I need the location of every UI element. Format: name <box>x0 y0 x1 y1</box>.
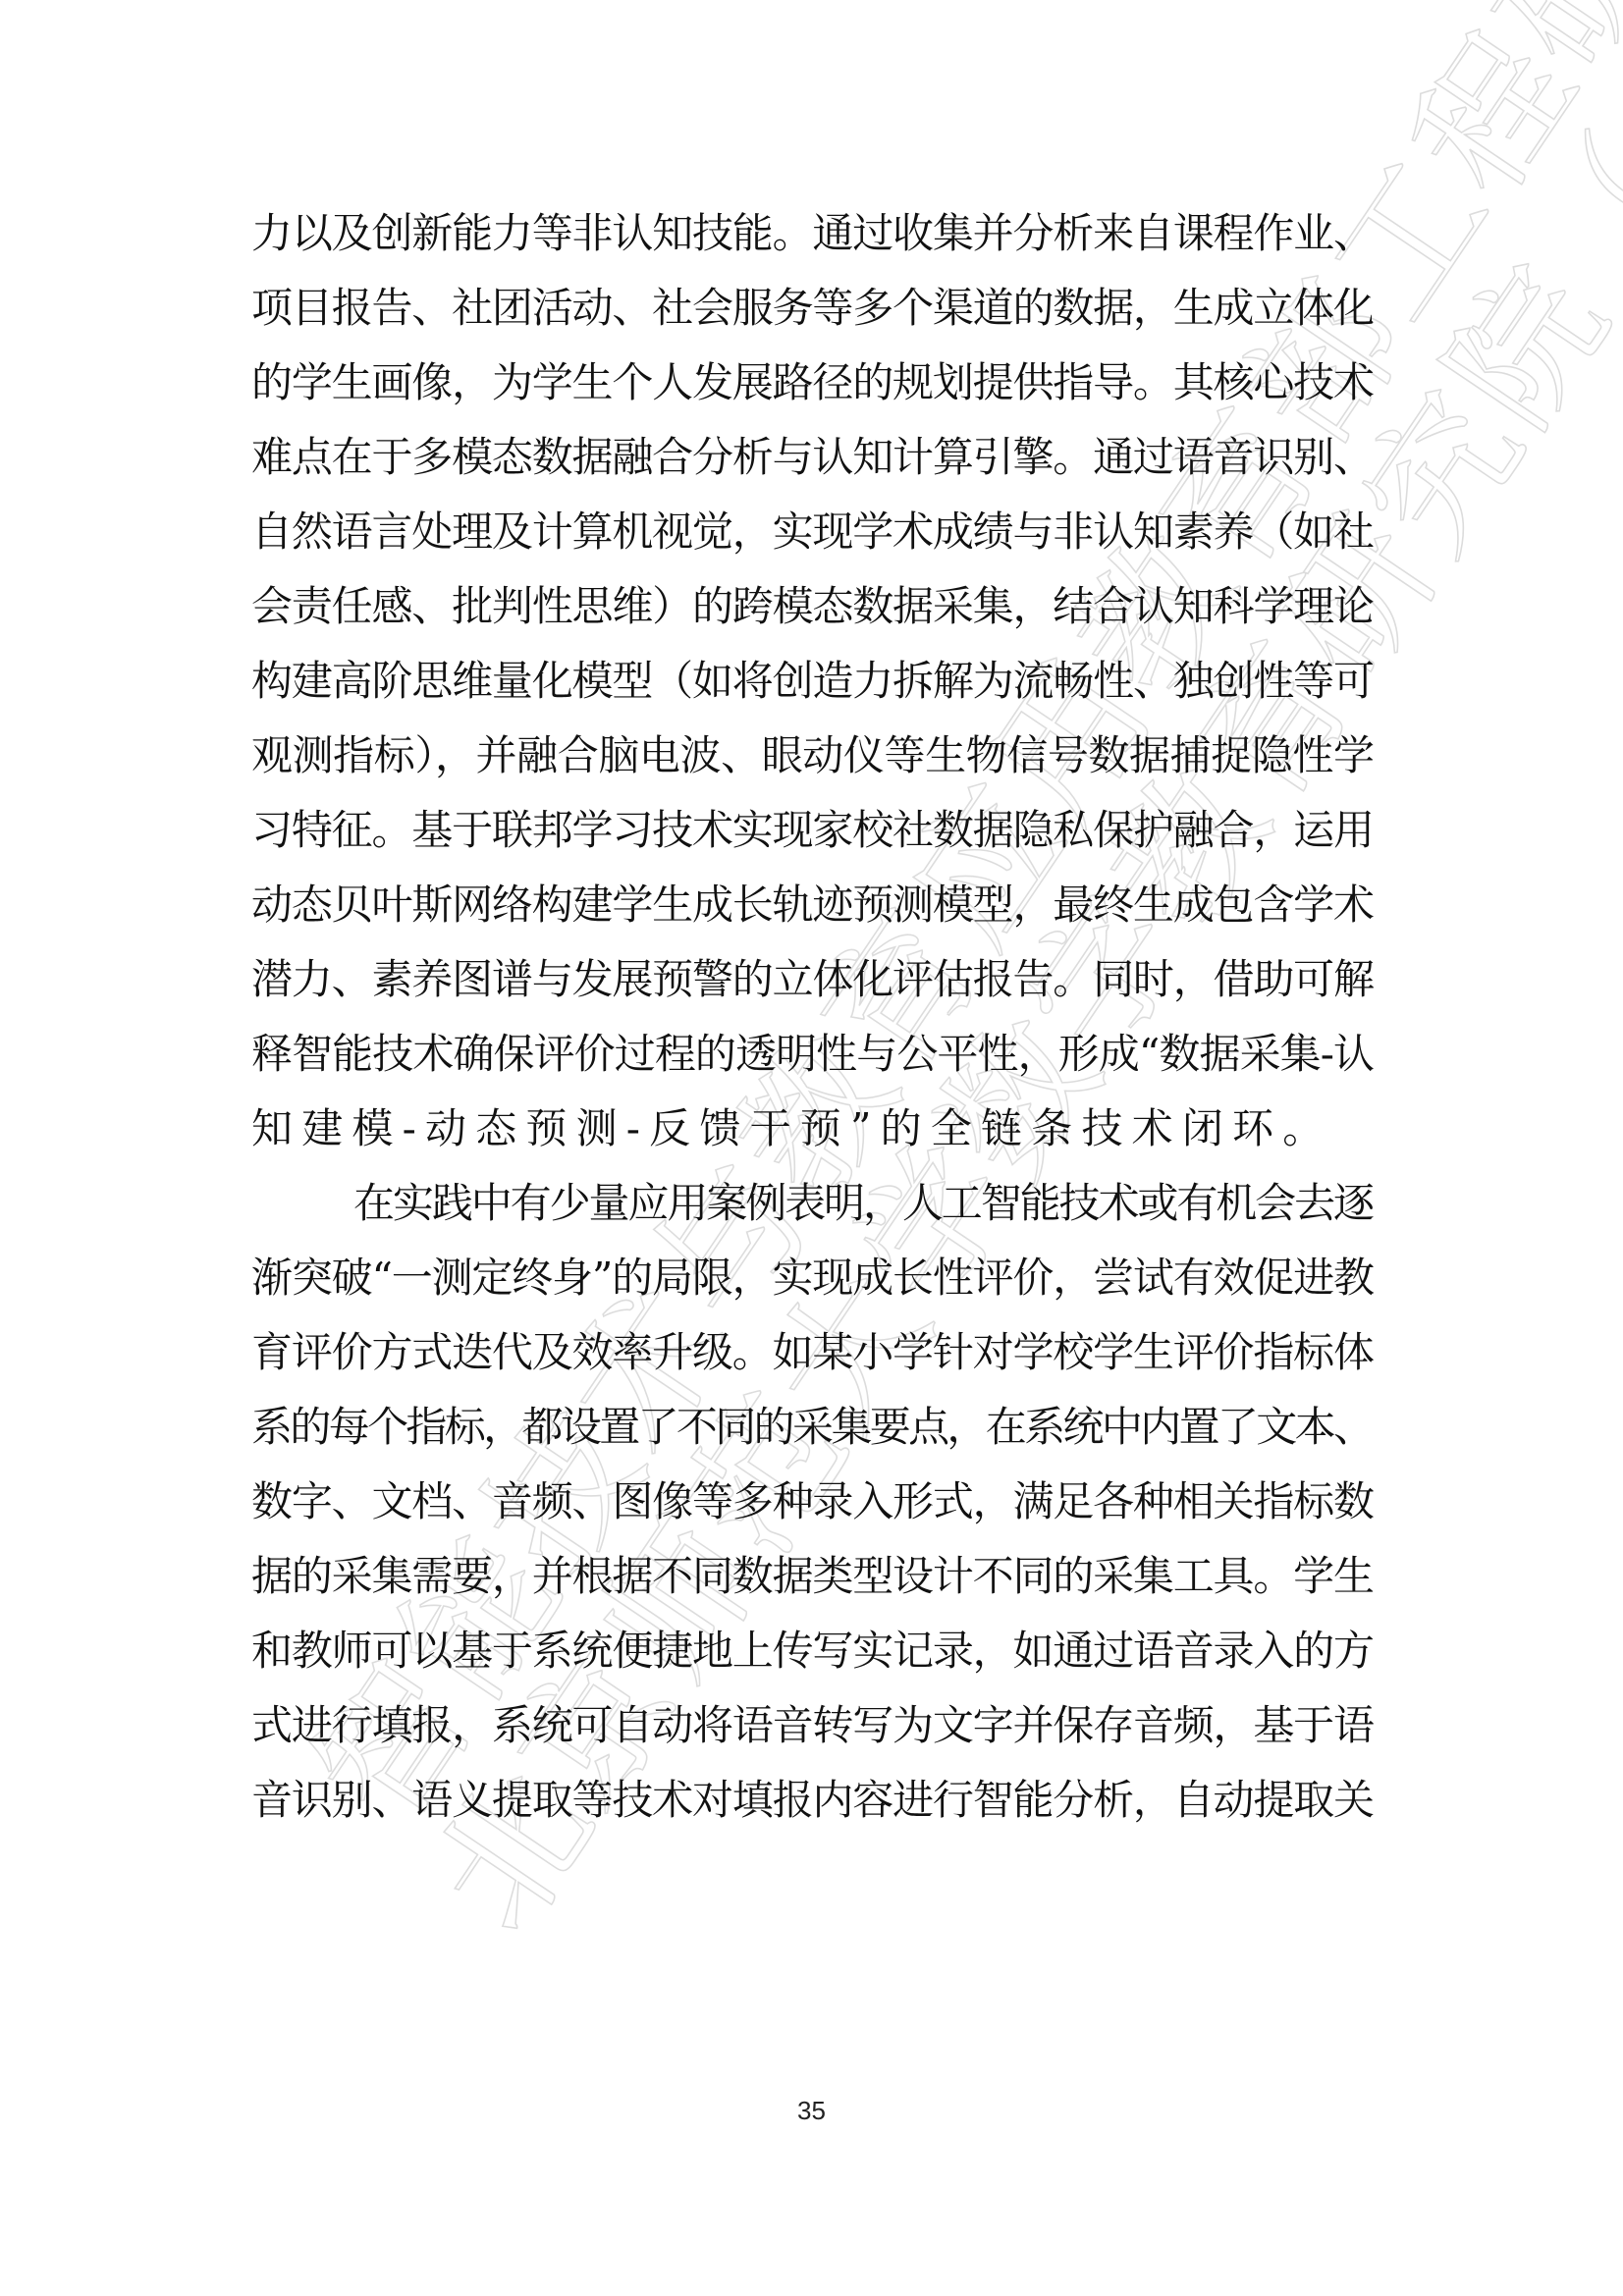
text-line: 习特征。基于联邦学习技术实现家校社数据隐私保护融合，运用 <box>251 793 1375 868</box>
text-line: 力以及创新能力等非认知技能。通过收集并分析来自课程作业、 <box>251 196 1375 271</box>
text-line: 自然语言处理及计算机视觉，实现学术成绩与非认知素养（如社 <box>251 495 1375 569</box>
text-line: 音识别、语义提取等技术对填报内容进行智能分析，自动提取关 <box>251 1763 1375 1838</box>
text-line: 育评价方式迭代及效率升级。如某小学针对学校学生评价指标体 <box>251 1315 1375 1390</box>
text-line: 知建模-动态预测-反馈干预”的全链条技术闭环。 <box>251 1092 1375 1166</box>
text-line: 的学生画像，为学生个人发展路径的规划提供指导。其核心技术 <box>251 346 1375 420</box>
page-number: 35 <box>0 2096 1623 2126</box>
body-text: 力以及创新能力等非认知技能。通过收集并分析来自课程作业、 项目报告、社团活动、社… <box>251 196 1375 1838</box>
text-line: 会责任感、批判性思维）的跨模态数据采集，结合认知科学理论 <box>251 569 1375 644</box>
paragraph-1: 力以及创新能力等非认知技能。通过收集并分析来自课程作业、 项目报告、社团活动、社… <box>251 196 1375 1166</box>
text-line: 潜力、素养图谱与发展预警的立体化评估报告。同时，借助可解 <box>251 942 1375 1017</box>
text-line: 释智能技术确保评价过程的透明性与公平性，形成“数据采集-认 <box>251 1017 1375 1092</box>
text-line: 项目报告、社团活动、社会服务等多个渠道的数据，生成立体化 <box>251 271 1375 346</box>
text-line: 数字、文档、音频、图像等多种录入形式，满足各种相关指标数 <box>251 1465 1375 1539</box>
document-page: 智能技术与教育应用教育部工程研究中心 北京师范大学数字教育研究院（北京市数字教育… <box>0 0 1623 2296</box>
text-line: 在实践中有少量应用案例表明，人工智能技术或有机会去逐 <box>251 1166 1375 1241</box>
text-line: 渐突破“一测定终身”的局限，实现成长性评价，尝试有效促进教 <box>251 1241 1375 1315</box>
text-line: 式进行填报，系统可自动将语音转写为文字并保存音频，基于语 <box>251 1688 1375 1763</box>
paragraph-2: 在实践中有少量应用案例表明，人工智能技术或有机会去逐 渐突破“一测定终身”的局限… <box>251 1166 1375 1838</box>
text-line: 据的采集需要，并根据不同数据类型设计不同的采集工具。学生 <box>251 1539 1375 1614</box>
text-line: 构建高阶思维量化模型（如将创造力拆解为流畅性、独创性等可 <box>251 644 1375 719</box>
text-line: 动态贝叶斯网络构建学生成长轨迹预测模型，最终生成包含学术 <box>251 868 1375 942</box>
text-line: 难点在于多模态数据融合分析与认知计算引擎。通过语音识别、 <box>251 420 1375 495</box>
text-line: 观测指标），并融合脑电波、眼动仪等生物信号数据捕捉隐性学 <box>251 719 1375 793</box>
text-line: 系的每个指标，都设置了不同的采集要点，在系统中内置了文本、 <box>251 1390 1375 1465</box>
text-line: 和教师可以基于系统便捷地上传写实记录，如通过语音录入的方 <box>251 1614 1375 1688</box>
